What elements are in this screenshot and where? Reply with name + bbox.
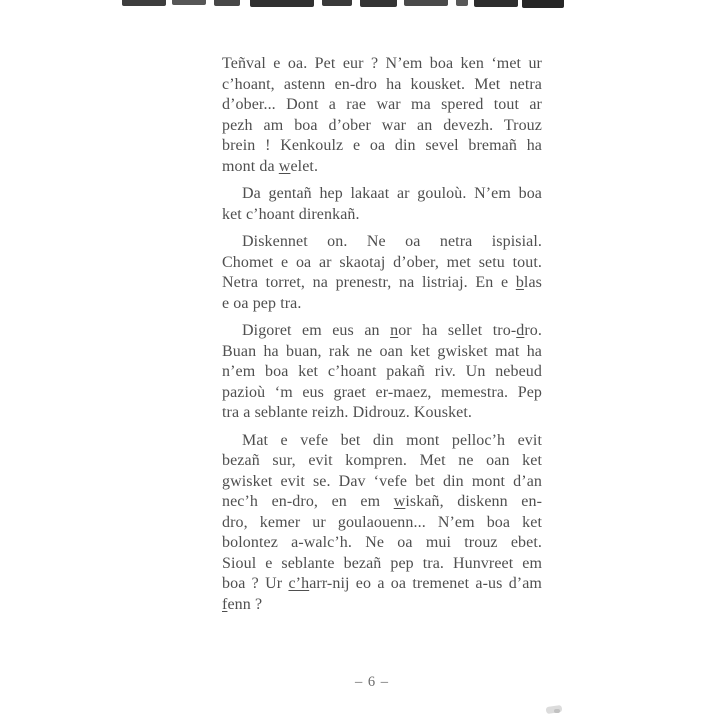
scan-artifact-bottom — [546, 705, 564, 715]
text-line: Netra torret, na prenestr, na listriaj. … — [222, 273, 542, 294]
text-line: Diskennet on. Ne oa netra ispisial. — [222, 232, 542, 253]
text-line: bezañ sur, evit kompren. Met ne oan ket — [222, 451, 542, 472]
paragraph: Mat e vefe bet din mont pelloc’h evit be… — [222, 431, 542, 616]
paragraph: Digoret em eus an nor ha sellet tro-dro.… — [222, 321, 542, 424]
text-line: pezh am boa d’ober war an devezh. Trouz — [222, 116, 542, 137]
text-line: boa ? Ur c’harr-nij eo a oa tremenet a-u… — [222, 574, 542, 595]
text-line: d’ober... Dont a rae war ma spered tout … — [222, 95, 542, 116]
text-line: Buan ha buan, rak ne oan ket gwisket mat… — [222, 342, 542, 363]
page-number: – 6 – — [222, 674, 522, 691]
text-line: Sioul e seblante bezañ pep tra. Hunvreet… — [222, 554, 542, 575]
text-line: e oa pep tra. — [222, 294, 542, 315]
text-line: Da gentañ hep lakaat ar gouloù. N’em boa — [222, 184, 542, 205]
paragraph: Teñval e oa. Pet eur ? N’em boa ken ‘met… — [222, 54, 542, 177]
text-line: bolontez a-walc’h. Ne oa mui trouz ebet. — [222, 533, 542, 554]
text-line: Chomet e oa ar skaotaj d’ober, met setu … — [222, 253, 542, 274]
paragraph: Da gentañ hep lakaat ar gouloù. N’em boa… — [222, 184, 542, 225]
text-line: gwisket evit se. Dav ‘vefe bet din mont … — [222, 472, 542, 493]
text-line: Teñval e oa. Pet eur ? N’em boa ken ‘met… — [222, 54, 542, 75]
text-line: c’hoant, astenn en-dro ha kousket. Met n… — [222, 75, 542, 96]
text-line: nec’h en-dro, en em wiskañ, diskenn en- — [222, 492, 542, 513]
text-line: Mat e vefe bet din mont pelloc’h evit — [222, 431, 542, 452]
paragraph: Diskennet on. Ne oa netra ispisial. Chom… — [222, 232, 542, 314]
text-line: ket c’hoant direnkañ. — [222, 205, 542, 226]
text-line: dro, kemer ur goulaouenn... N’em boa ket — [222, 513, 542, 534]
text-line: n’em boa ket c’hoant pakañ riv. Un nebeu… — [222, 362, 542, 383]
text-line: tra a seblante reizh. Didrouz. Kousket. — [222, 403, 542, 424]
text-line: brein ! Kenkoulz e oa din sevel bremañ h… — [222, 136, 542, 157]
scan-artifact-top — [0, 0, 724, 10]
text-line: Digoret em eus an nor ha sellet tro-dro. — [222, 321, 542, 342]
page-text: Teñval e oa. Pet eur ? N’em boa ken ‘met… — [222, 54, 542, 622]
text-line: mont da welet. — [222, 157, 542, 178]
text-line: pazioù ‘m eus graet er-maez, memestra. P… — [222, 383, 542, 404]
text-line: fenn ? — [222, 595, 542, 616]
